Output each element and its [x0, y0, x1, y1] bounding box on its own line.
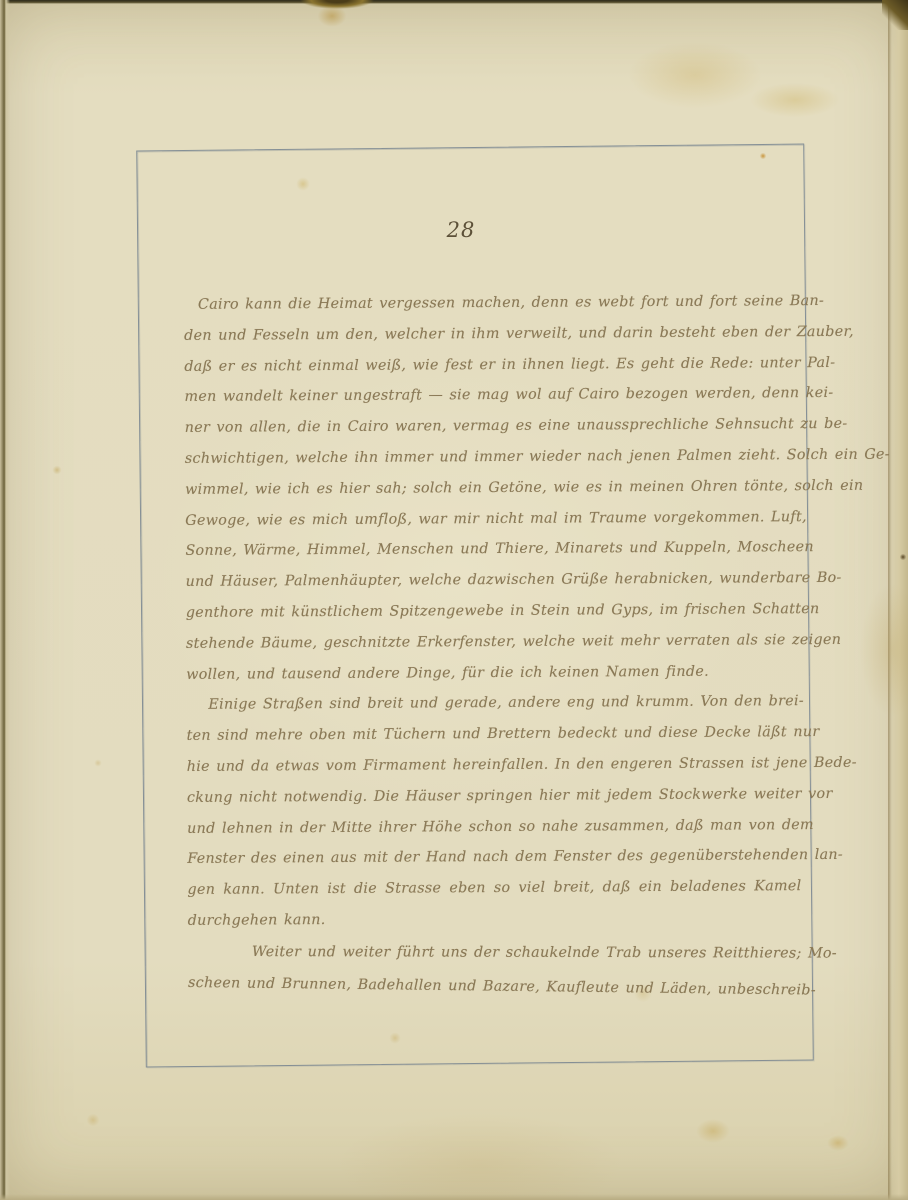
handwriting-line: stehende Bäume, geschnitzte Erkerfenster… — [186, 625, 800, 660]
page-top-edge — [0, 0, 908, 4]
handwriting-line: Fenster des einen aus mit der Hand nach … — [187, 840, 801, 875]
handwriting-line: ner von allen, die in Cairo waren, verma… — [185, 409, 799, 444]
handwritten-text-block: Cairo kann die Heimat vergessen machen, … — [184, 286, 802, 998]
handwriting-line: Weiter und weiter führt uns der schaukel… — [188, 937, 802, 969]
handwriting-line: durchgehen kann. — [188, 902, 802, 937]
handwriting-line: schwichtigen, welche ihn immer und immer… — [185, 440, 799, 475]
handwriting-line: ten sind mehre oben mit Tüchern und Bret… — [186, 717, 800, 752]
handwriting-line: und Häuser, Palmenhäupter, welche dazwis… — [186, 563, 800, 598]
page-number: 28 — [141, 218, 781, 242]
scanned-book-photo: 28 Cairo kann die Heimat vergessen mache… — [0, 0, 908, 1200]
page-right-edge — [888, 0, 908, 1200]
handwriting-line: Sonne, Wärme, Himmel, Menschen und Thier… — [185, 533, 799, 568]
handwriting-line: Gewoge, wie es mich umfloß, war mir nich… — [185, 502, 799, 537]
handwriting-line: wimmel, wie ich es hier sah; solch ein G… — [185, 471, 799, 506]
binding-notch — [300, 0, 374, 9]
worn-corner — [882, 0, 908, 30]
handwriting-line: Einige Straßen sind breit und gerade, an… — [186, 686, 800, 721]
handwriting-line: Cairo kann die Heimat vergessen machen, … — [184, 286, 798, 321]
handwriting-line: gen kann. Unten ist die Strasse eben so … — [187, 871, 801, 906]
page-bottom-edge — [0, 1194, 908, 1200]
handwriting-line: daß er es nicht einmal weiß, wie fest er… — [184, 348, 798, 383]
binding-left-edge — [0, 0, 10, 1200]
handwriting-line: hie und da etwas vom Firmament hereinfal… — [187, 748, 801, 783]
handwriting-line: ckung nicht notwendig. Die Häuser spring… — [187, 779, 801, 814]
handwriting-line: den und Fesseln um den, welcher in ihm v… — [184, 317, 798, 352]
manuscript-page: 28 Cairo kann die Heimat vergessen mache… — [0, 0, 908, 1200]
handwriting-line: wollen, und tausend andere Dinge, für di… — [186, 656, 800, 691]
handwriting-line: genthore mit künstlichem Spitzengewebe i… — [186, 594, 800, 629]
handwriting-line: men wandelt keiner ungestraft — sie mag … — [184, 379, 798, 414]
handwriting-line: und lehnen in der Mitte ihrer Höhe schon… — [187, 810, 801, 845]
